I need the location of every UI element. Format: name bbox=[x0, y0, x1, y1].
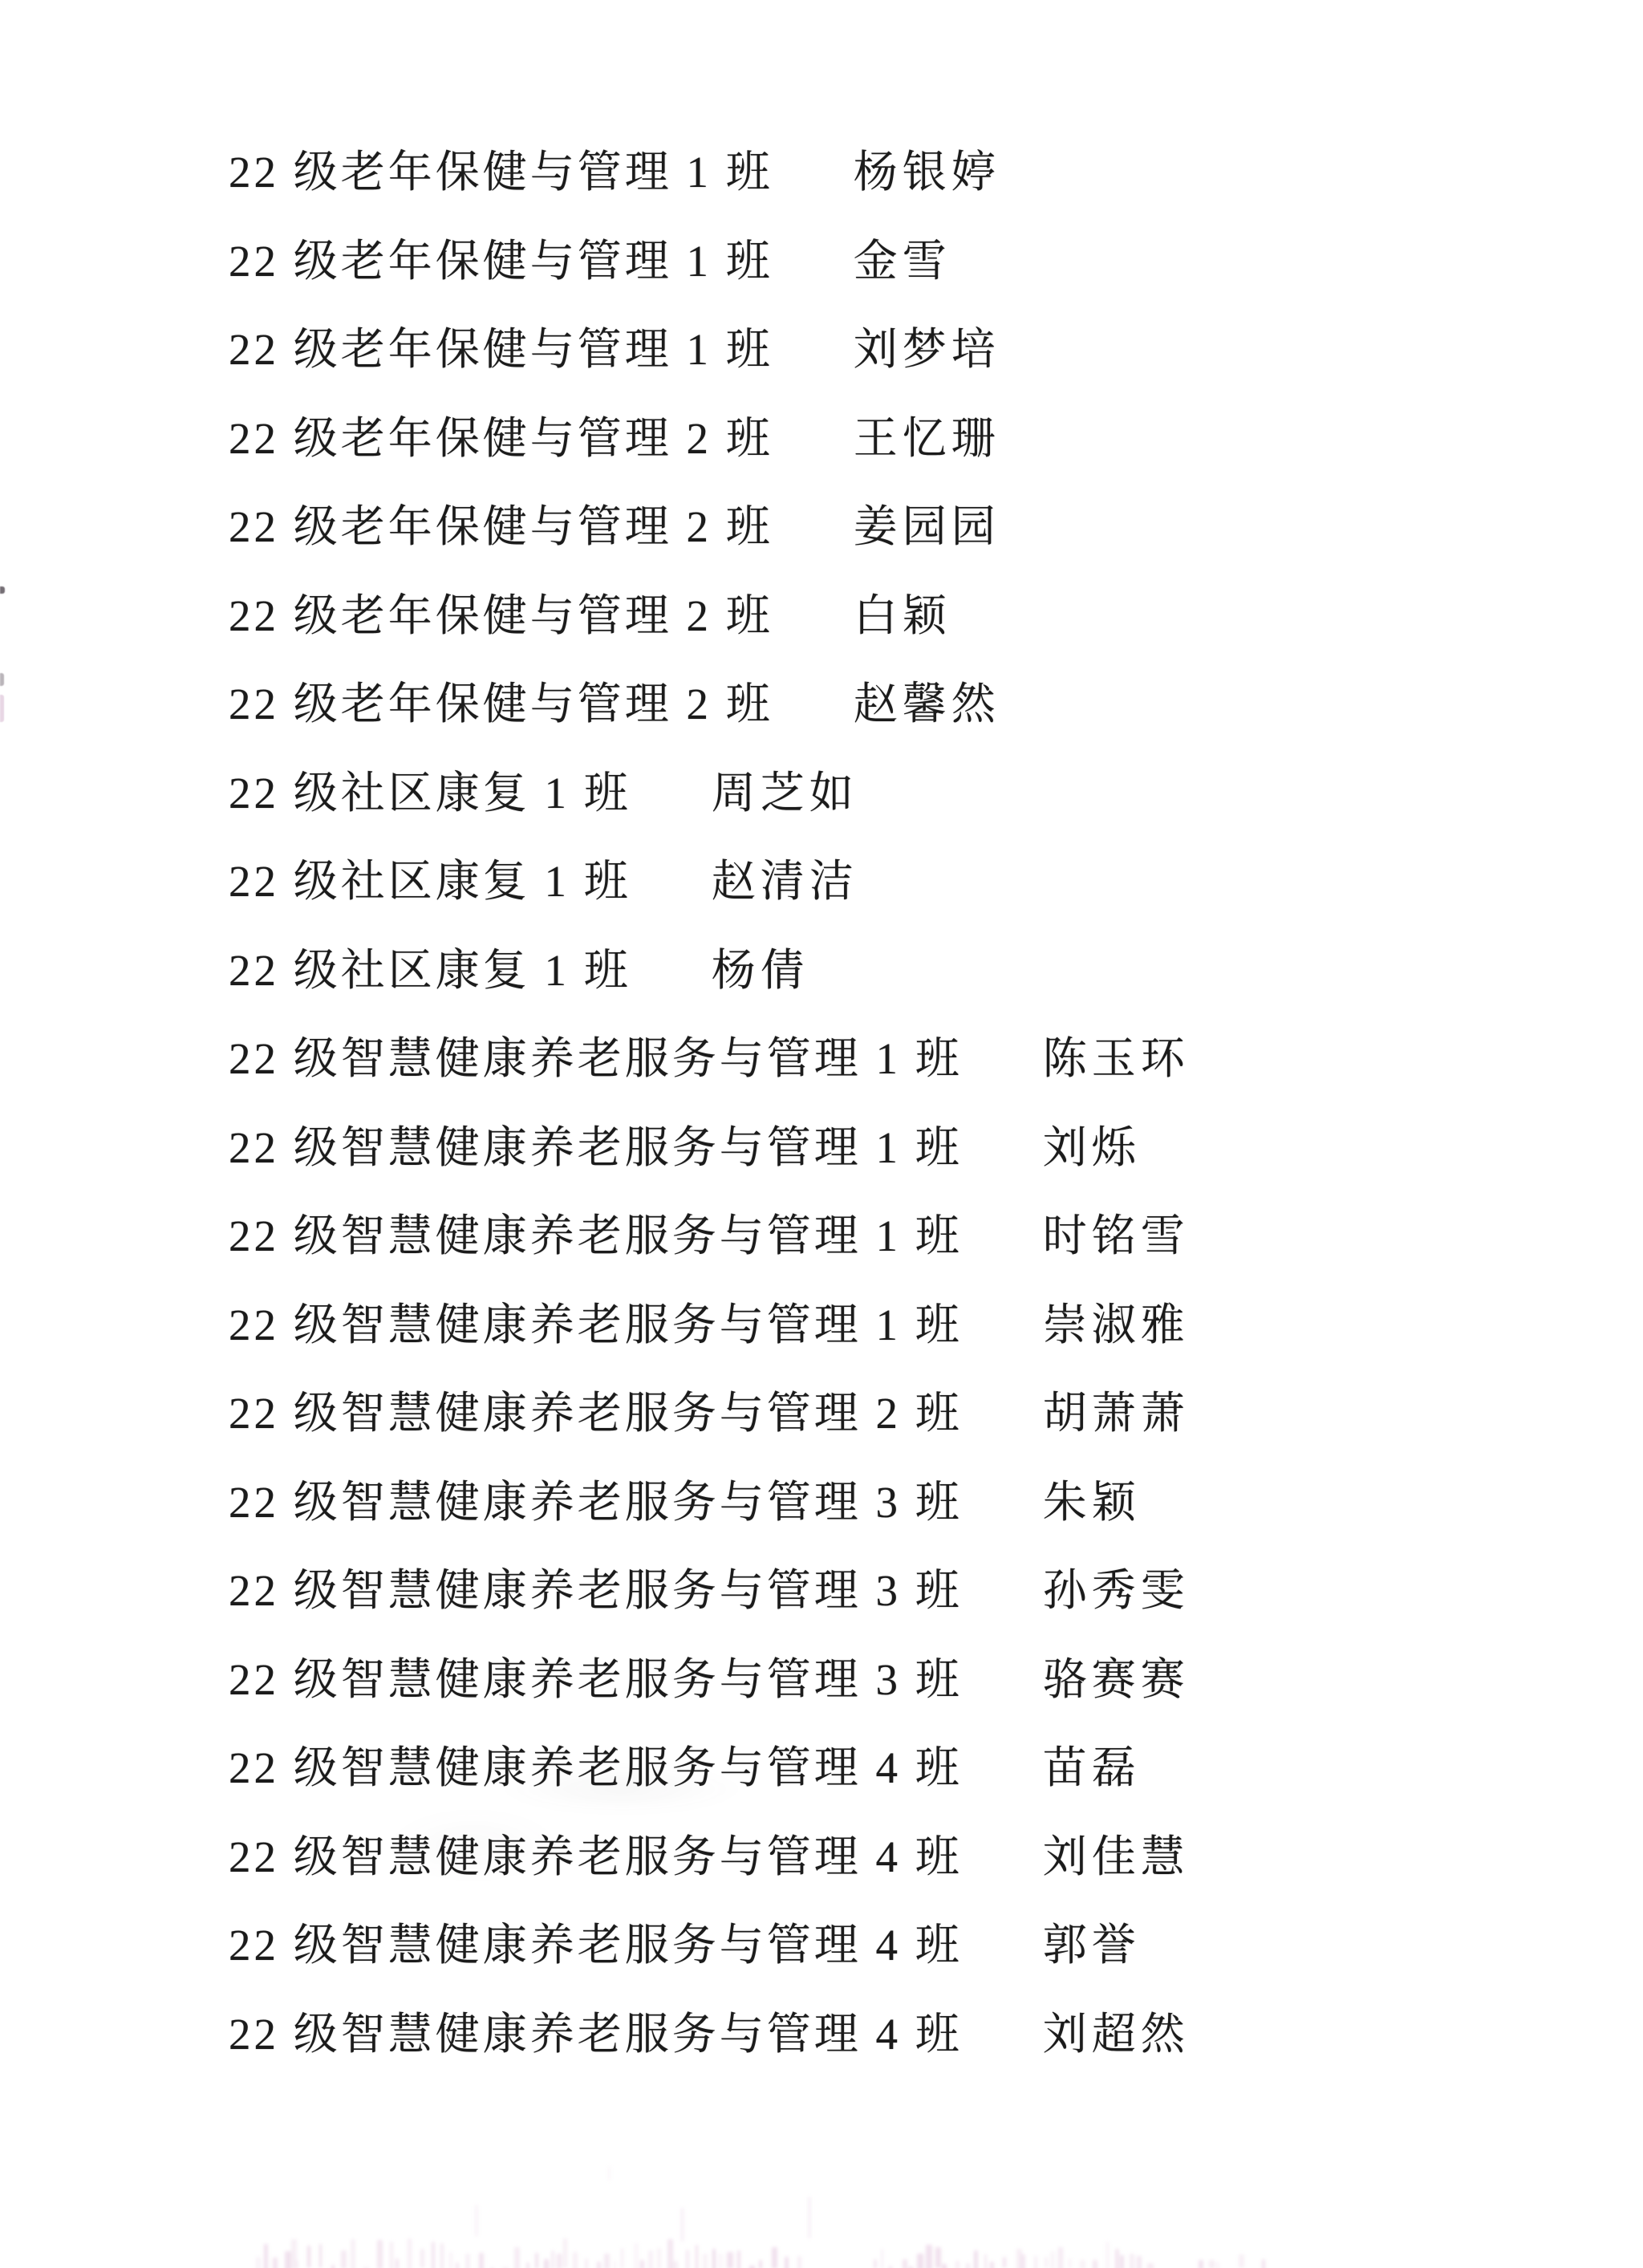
bleed-stroke bbox=[696, 2245, 699, 2268]
class-label: 22 级智慧健康养老服务与管理 2 班 bbox=[229, 1390, 963, 1437]
bleed-stroke bbox=[597, 2262, 601, 2268]
bleed-stroke bbox=[396, 2258, 399, 2268]
bleed-stroke bbox=[331, 2265, 334, 2268]
student-name: 王忆珊 bbox=[854, 416, 1000, 462]
scanned-page: 22 级老年保健与管理 1 班杨银婷22 级老年保健与管理 1 班金雪22 级老… bbox=[0, 0, 1643, 2268]
bleed-stroke bbox=[942, 2264, 947, 2268]
roster-row: 22 级老年保健与管理 2 班姜园园 bbox=[229, 504, 1190, 593]
roster-row: 22 级社区康复 1 班赵清洁 bbox=[229, 858, 1190, 947]
bleed-stroke bbox=[955, 2261, 959, 2268]
bleed-stroke bbox=[573, 2252, 578, 2268]
class-label: 22 级社区康复 1 班 bbox=[229, 858, 631, 905]
roster-row: 22 级智慧健康养老服务与管理 1 班时铭雪 bbox=[229, 1213, 1190, 1302]
bleed-stroke bbox=[1115, 2249, 1120, 2268]
bleed-stroke bbox=[1093, 2260, 1097, 2268]
bleed-stroke bbox=[273, 2258, 278, 2268]
scan-smudge-artifact bbox=[497, 1765, 746, 1813]
class-label: 22 级智慧健康养老服务与管理 1 班 bbox=[229, 1125, 963, 1171]
bleed-stroke bbox=[514, 2247, 520, 2268]
bleed-stroke bbox=[1080, 2260, 1085, 2268]
class-label: 22 级老年保健与管理 1 班 bbox=[229, 327, 773, 373]
bleed-stroke bbox=[667, 2239, 673, 2268]
roster-row: 22 级老年保健与管理 2 班赵馨然 bbox=[229, 681, 1190, 770]
class-label: 22 级老年保健与管理 2 班 bbox=[229, 593, 773, 639]
class-label: 22 级智慧健康养老服务与管理 4 班 bbox=[229, 1922, 963, 1969]
left-edge-scan-mark bbox=[0, 673, 4, 686]
bleed-stroke bbox=[544, 2259, 549, 2268]
student-name: 刘梦培 bbox=[854, 327, 1000, 373]
bleed-stroke bbox=[585, 2258, 588, 2268]
student-name: 杨倩 bbox=[712, 947, 809, 994]
bleed-stroke bbox=[673, 2261, 678, 2268]
bleed-stroke bbox=[604, 2254, 610, 2268]
roster-row: 22 级老年保健与管理 1 班刘梦培 bbox=[229, 327, 1190, 416]
student-name: 金雪 bbox=[854, 238, 951, 285]
left-edge-scan-mark bbox=[0, 695, 4, 722]
class-label: 22 级老年保健与管理 2 班 bbox=[229, 504, 773, 550]
student-name: 赵馨然 bbox=[854, 681, 1000, 728]
bleed-stroke bbox=[1239, 2254, 1244, 2268]
bleed-stroke bbox=[1199, 2260, 1203, 2268]
class-label: 22 级智慧健康养老服务与管理 1 班 bbox=[229, 1213, 963, 1260]
roster-row: 22 级智慧健康养老服务与管理 4 班刘佳慧 bbox=[229, 1834, 1190, 1923]
bleed-stroke bbox=[465, 2254, 470, 2268]
student-name: 刘佳慧 bbox=[1043, 1834, 1190, 1881]
bleed-stroke bbox=[718, 2254, 723, 2268]
roster-row: 22 级智慧健康养老服务与管理 3 班朱颖 bbox=[229, 1479, 1190, 1568]
bleed-stroke bbox=[966, 2263, 970, 2268]
bleed-stroke bbox=[449, 2252, 452, 2268]
bleed-stroke bbox=[608, 2166, 611, 2181]
student-name: 孙秀雯 bbox=[1043, 1568, 1190, 1614]
roster-row: 22 级社区康复 1 班周芝如 bbox=[229, 770, 1190, 859]
bleed-stroke bbox=[935, 2247, 940, 2268]
student-name: 姜园园 bbox=[854, 504, 1000, 550]
roster-row: 22 级老年保健与管理 1 班杨银婷 bbox=[229, 149, 1190, 238]
roster-row: 22 级智慧健康养老服务与管理 2 班胡萧萧 bbox=[229, 1390, 1190, 1479]
class-label: 22 级智慧健康养老服务与管理 4 班 bbox=[229, 1834, 963, 1881]
bleed-stroke bbox=[1120, 2255, 1124, 2268]
bleed-stroke bbox=[432, 2242, 435, 2268]
scan-smudge-artifact bbox=[385, 1809, 562, 1881]
roster-row: 22 级智慧健康养老服务与管理 1 班刘烁 bbox=[229, 1125, 1190, 1214]
bleed-stroke bbox=[874, 2259, 877, 2268]
bleed-stroke bbox=[903, 2259, 908, 2268]
roster-row: 22 级智慧健康养老服务与管理 4 班郭誉 bbox=[229, 1922, 1190, 2011]
bleed-stroke bbox=[1021, 2254, 1025, 2268]
bleed-stroke bbox=[563, 2238, 567, 2268]
bleed-stroke bbox=[535, 2253, 539, 2268]
class-label: 22 级智慧健康养老服务与管理 3 班 bbox=[229, 1657, 963, 1703]
bleed-stroke bbox=[614, 2261, 616, 2268]
bleed-stroke bbox=[1058, 2247, 1063, 2268]
student-name: 郭誉 bbox=[1043, 1922, 1141, 1969]
student-name: 朱颖 bbox=[1043, 1479, 1141, 1526]
bleed-stroke bbox=[479, 2253, 484, 2268]
bleed-stroke bbox=[291, 2239, 298, 2268]
class-label: 22 级社区康复 1 班 bbox=[229, 947, 631, 994]
student-name: 骆赛赛 bbox=[1043, 1657, 1190, 1703]
bleed-stroke bbox=[990, 2262, 994, 2268]
bleed-stroke bbox=[1262, 2259, 1265, 2268]
class-label: 22 级老年保健与管理 2 班 bbox=[229, 416, 773, 462]
bleed-stroke bbox=[1137, 2256, 1142, 2268]
student-name: 刘超然 bbox=[1043, 2011, 1190, 2058]
student-name: 崇淑雅 bbox=[1043, 1302, 1190, 1349]
bleed-stroke bbox=[1147, 2263, 1154, 2268]
roster-row: 22 级老年保健与管理 2 班白颖 bbox=[229, 593, 1190, 682]
bleed-stroke bbox=[759, 2260, 762, 2268]
bleed-stroke bbox=[1130, 2254, 1134, 2268]
bleed-stroke bbox=[408, 2238, 412, 2268]
student-name: 赵清洁 bbox=[712, 858, 858, 905]
bleed-stroke bbox=[285, 2251, 290, 2268]
bleed-stroke bbox=[640, 2260, 644, 2268]
bleed-stroke bbox=[551, 2250, 554, 2268]
bleed-stroke bbox=[440, 2243, 444, 2268]
class-label: 22 级智慧健康养老服务与管理 3 班 bbox=[229, 1479, 963, 1526]
bleed-stroke bbox=[526, 2262, 529, 2268]
bleed-stroke bbox=[797, 2256, 801, 2268]
student-name: 苗磊 bbox=[1043, 1745, 1141, 1791]
class-label: 22 级老年保健与管理 1 班 bbox=[229, 149, 773, 196]
student-name: 陈玉环 bbox=[1043, 1036, 1190, 1082]
bleed-stroke bbox=[377, 2240, 383, 2268]
bleed-stroke bbox=[680, 2208, 684, 2242]
student-name: 刘烁 bbox=[1043, 1125, 1141, 1171]
bleed-stroke bbox=[420, 2249, 424, 2268]
class-label: 22 级社区康复 1 班 bbox=[229, 770, 631, 817]
bleed-stroke bbox=[712, 2249, 716, 2268]
bleed-stroke bbox=[974, 2250, 978, 2268]
class-label: 22 级智慧健康养老服务与管理 4 班 bbox=[229, 2011, 963, 2058]
class-label: 22 级智慧健康养老服务与管理 1 班 bbox=[229, 1302, 963, 1349]
class-label: 22 级智慧健康养老服务与管理 3 班 bbox=[229, 1568, 963, 1614]
left-edge-scan-mark bbox=[0, 586, 5, 594]
roster-row: 22 级智慧健康养老服务与管理 4 班刘超然 bbox=[229, 2011, 1190, 2100]
bleed-stroke bbox=[341, 2250, 347, 2268]
class-label: 22 级老年保健与管理 2 班 bbox=[229, 681, 773, 728]
bleed-stroke bbox=[1050, 2251, 1055, 2268]
bleed-stroke bbox=[1016, 2249, 1023, 2268]
bleed-stroke bbox=[1068, 2258, 1072, 2268]
bleed-stroke bbox=[984, 2254, 987, 2268]
bleed-stroke bbox=[634, 2243, 639, 2268]
bleed-stroke bbox=[475, 2205, 478, 2237]
bleed-stroke bbox=[785, 2257, 789, 2268]
bleed-stroke bbox=[727, 2252, 733, 2268]
bleed-stroke bbox=[657, 2248, 661, 2268]
student-name: 周芝如 bbox=[712, 770, 858, 817]
roster-row: 22 级智慧健康养老服务与管理 1 班崇淑雅 bbox=[229, 1302, 1190, 1391]
bleed-stroke bbox=[557, 2254, 562, 2268]
student-name: 时铭雪 bbox=[1043, 1213, 1190, 1260]
bleed-stroke bbox=[296, 2260, 298, 2268]
bleed-stroke bbox=[621, 2248, 624, 2268]
class-label: 22 级老年保健与管理 1 班 bbox=[229, 238, 773, 285]
roster-row: 22 级社区康复 1 班杨倩 bbox=[229, 947, 1190, 1037]
bleed-stroke bbox=[1216, 2262, 1219, 2268]
bleed-stroke bbox=[1105, 2242, 1110, 2268]
bleed-stroke bbox=[917, 2254, 923, 2268]
bleed-stroke bbox=[881, 2249, 884, 2268]
student-name: 胡萧萧 bbox=[1043, 1390, 1190, 1437]
roster-row: 22 级老年保健与管理 2 班王忆珊 bbox=[229, 416, 1190, 505]
roster-row: 22 级智慧健康养老服务与管理 1 班陈玉环 bbox=[229, 1036, 1190, 1125]
bleed-stroke bbox=[808, 2197, 811, 2238]
bleed-stroke bbox=[686, 2250, 689, 2268]
bleed-stroke bbox=[264, 2244, 269, 2268]
bleed-stroke bbox=[772, 2247, 777, 2268]
bleed-stroke bbox=[1003, 2257, 1006, 2268]
bleed-stroke bbox=[889, 2266, 892, 2268]
bleed-stroke bbox=[390, 2242, 393, 2268]
bleed-stroke bbox=[256, 2257, 261, 2268]
bleed-stroke bbox=[456, 2262, 460, 2268]
bleed-stroke bbox=[648, 2250, 653, 2268]
bleed-stroke bbox=[319, 2244, 322, 2268]
student-name: 杨银婷 bbox=[854, 149, 1000, 196]
student-name: 白颖 bbox=[854, 593, 951, 639]
bleed-stroke bbox=[737, 2250, 741, 2268]
bleed-stroke bbox=[1209, 2260, 1215, 2268]
bleed-stroke bbox=[307, 2246, 310, 2268]
bleed-stroke bbox=[1034, 2256, 1037, 2268]
roster-row: 22 级智慧健康养老服务与管理 3 班骆赛赛 bbox=[229, 1657, 1190, 1746]
bleed-stroke bbox=[703, 2254, 708, 2268]
bleed-stroke bbox=[926, 2245, 932, 2268]
bleed-stroke bbox=[1045, 2257, 1048, 2268]
class-label: 22 级智慧健康养老服务与管理 1 班 bbox=[229, 1036, 963, 1082]
bleed-stroke bbox=[351, 2239, 355, 2268]
roster-row: 22 级老年保健与管理 1 班金雪 bbox=[229, 238, 1190, 327]
roster-row: 22 级智慧健康养老服务与管理 3 班孙秀雯 bbox=[229, 1568, 1190, 1657]
